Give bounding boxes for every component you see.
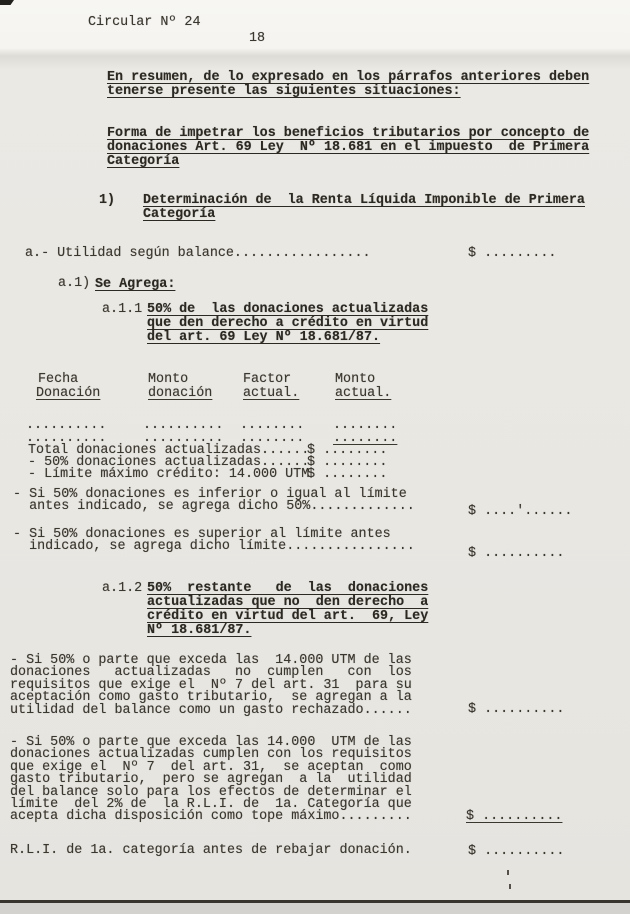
table-subheader-actual2: actual. <box>335 388 391 400</box>
a11-label: a.1.1 <box>102 303 142 317</box>
circular-number: Circular Nº 24 <box>88 17 201 29</box>
scan-bottom-strip <box>0 903 630 914</box>
intro-heading: En resumen, de lo expresado en los párra… <box>107 71 589 99</box>
table-header-monto-donacion: Monto <box>148 374 188 386</box>
a11-text: 50% de las donaciones actualizadas que d… <box>147 303 428 345</box>
rli-amount: $ .......... <box>468 846 564 858</box>
table-subheader-donacion2: donación <box>148 388 212 400</box>
scan-speck <box>509 884 511 889</box>
table-header-fecha: Fecha <box>38 374 78 386</box>
se-agrega-title: Se Agrega: <box>95 279 175 291</box>
paragraph-gasto-rechazado: - Si 50% o parte que exceda las 14.000 U… <box>10 655 412 717</box>
paragraph-gasto-rechazado-amount: $ .......... <box>468 704 564 716</box>
condition-50pct-inferior-amount: $ ....'...... <box>468 506 572 518</box>
item-1-number: 1) <box>99 194 115 208</box>
scan-speck <box>507 870 509 875</box>
table-row-amount: $ ........ <box>307 469 387 481</box>
table-header-monto-actual: Monto <box>335 374 375 386</box>
section-heading: Forma de impetrar los beneficios tributa… <box>107 127 589 169</box>
condition-50pct-superior: - Si 50% donaciones es superior al límit… <box>13 529 415 554</box>
rli-line: R.L.I. de 1a. categoría antes de rebajar… <box>10 845 412 857</box>
item-1-title: Determinación de la Renta Líquida Imponi… <box>143 194 585 222</box>
table-subheader-donacion: Donación <box>36 388 100 400</box>
paragraph-tope-maximo: - Si 50% o parte que exceda las 14.000 U… <box>10 737 412 824</box>
paragraph-tope-maximo-amount: $ .......... <box>466 811 562 823</box>
page-number: 18 <box>249 33 265 45</box>
condition-50pct-inferior: - Si 50% donaciones es inferior o igual … <box>13 489 415 514</box>
table-header-factor: Factor <box>243 374 291 386</box>
table-subheader-actual: actual. <box>243 388 299 400</box>
a12-label: a.1.2 <box>102 582 142 596</box>
document-page: Circular Nº 24 18 En resumen, de lo expr… <box>0 0 630 914</box>
scan-corner-mark <box>0 0 14 5</box>
table-row-label: - Límite máximo crédito: 14.000 UTM <box>28 469 309 481</box>
utility-balance-amount: $ ......... <box>468 248 556 260</box>
condition-50pct-superior-amount: $ .......... <box>468 548 564 560</box>
se-agrega-label: a.1) <box>58 278 90 290</box>
a12-text: 50% restante de las donaciones actualiza… <box>147 582 428 638</box>
utility-balance-line: a.- Utilidad según balance..............… <box>25 248 371 260</box>
